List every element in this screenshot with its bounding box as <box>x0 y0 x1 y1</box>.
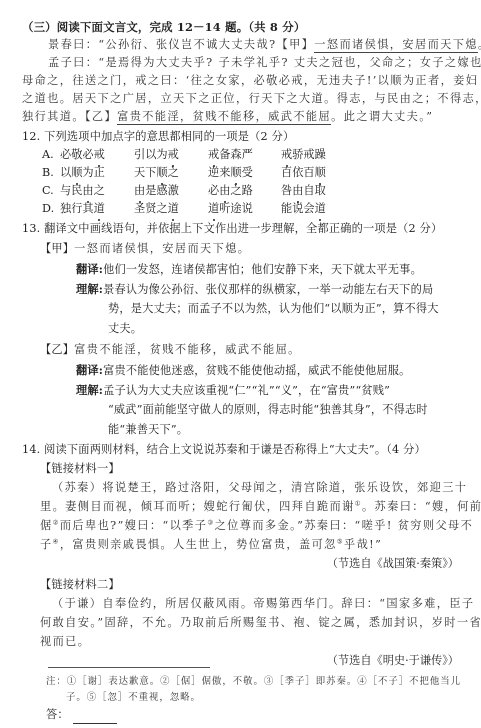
section-title: （三）阅读下面文言文，完成 12－14 题。（共 8 分） <box>22 18 305 36</box>
footnote-line: 注：①［谢］表达歉意。②［倨］倨傲，不敬。③［季子］即苏秦。④［不子］不把他当儿 <box>46 674 461 689</box>
footnote-mark: ⑤ <box>337 537 344 545</box>
jia-understand-cont: 丈夫。 <box>108 320 142 338</box>
option-c-item: 必由之路 <box>208 182 253 200</box>
footnote-mark: ② <box>53 518 60 526</box>
option-b-item: 天下顺之 <box>134 164 179 182</box>
jia-sentence: 一怒而诸侯惧，安居而天下熄。 <box>74 242 250 255</box>
option-c-item: 由是感激 <box>134 182 179 200</box>
option-a-item: 引以为戒 <box>134 146 179 164</box>
jia-tag: 【甲】 <box>40 242 74 255</box>
option-c-label: C. <box>42 182 54 200</box>
yi-understand-cont: “威武”面前能坚守做人的原则，得志时能“独善其身”，不得志时 <box>108 401 428 419</box>
translate-label: 翻译: <box>76 262 103 276</box>
option-c-item: 咎由自取 <box>281 182 326 200</box>
understand-label: 理解: <box>76 282 103 296</box>
option-d-label: D. <box>42 200 54 218</box>
jia-understand-cont: 势，是大丈夫；而孟子不以为然，认为他们“以顺为正”，算不得大 <box>108 300 439 318</box>
footnote-mark: ④ <box>53 537 60 545</box>
passage-text: 景春曰：“公孙衍、张仪岂不诚大丈夫哉?【甲】 <box>48 38 314 51</box>
translate-label: 翻译: <box>76 363 103 377</box>
question-13-stem: 13. 翻译文中画线语句，并依据上下文作出进一步理解，全都正确的一项是（2 分） <box>22 220 442 238</box>
option-b-item: 百依百顺 <box>281 164 326 182</box>
option-d-item: 圣贤之道 <box>134 200 179 218</box>
material-1-line: （苏秦）将说楚王，路过洛阳，父母闻之，清宫除道，张乐设饮，郊迎三十 <box>52 479 467 497</box>
option-d-item: 道听途说 <box>208 200 253 218</box>
footnote-divider <box>48 667 210 668</box>
yi-understand: 理解:孟子认为大丈夫应该重视“仁”“礼”“义”，在“富贵”“贫贱” <box>76 381 390 400</box>
option-a-item: 戒骄戒躁 <box>281 146 326 164</box>
option-d-item: 能说会道 <box>281 200 326 218</box>
option-a-label: A. <box>42 146 54 164</box>
passage-line: 孟子曰：“是焉得为大丈夫乎? 子未学礼乎? 丈夫之冠也，父命之；女子之嫁也， <box>48 54 481 72</box>
passage-line: 之道也。居天下之广居，立天下之正位，行天下之大道。得志，与民由之；不得志， <box>22 90 481 108</box>
answer-label: 答： <box>46 708 69 721</box>
option-a-item: 必敬必戒 <box>60 146 105 164</box>
answer-blank[interactable] <box>73 711 117 724</box>
exam-page: （三）阅读下面文言文，完成 12－14 题。（共 8 分） 景春曰：“公孙衍、张… <box>0 0 481 728</box>
passage-paragraph-1: 景春曰：“公孙衍、张仪岂不诚大丈夫哉?【甲】一怒而诸侯惧，安居而天下熄。” <box>48 36 481 54</box>
yi-label: 【乙】富贵不能淫，贫贱不能移，威武不能屈。 <box>40 341 301 359</box>
option-d-item: 独行其道 <box>60 200 105 218</box>
passage-line: 独行其道。【乙】富贵不能淫，贫贱不能移，威武不能屈。此之谓大丈夫。” <box>22 108 433 126</box>
material-2-line: （于谦）自奉俭约，所居仅蔽风雨。帝赐第西华门。辞曰：“国家多难，臣子 <box>52 595 475 613</box>
material-2-line: 视而已。 <box>40 633 90 651</box>
question-14-stem: 14. 阅读下面两则材料，结合上文说说苏秦和于谦是否称得上“大丈夫”。（4 分） <box>22 441 426 459</box>
material-2-title: 【链接材料二】 <box>40 576 120 594</box>
option-c-item: 与民由之 <box>60 182 105 200</box>
yi-translate: 翻译:富贵不能使他迷惑，贫贱不能使他动摇，威武不能使他屈服。 <box>76 361 411 380</box>
material-1-title: 【链接材料一】 <box>40 460 120 478</box>
yi-understand-cont: 能“兼善天下”。 <box>108 421 188 439</box>
question-12-stem: 12. 下列选项中加点字的意思都相同的一项是（2 分） <box>22 128 294 146</box>
passage-text: 独行其道。【乙】 <box>22 110 117 123</box>
footnote-mark: ③ <box>207 518 214 526</box>
option-b-item: 逆来顺受 <box>208 164 253 182</box>
material-1-line: 倨②而后卑也?”嫂曰：“以季子③之位尊而多金。”苏秦曰：“嗟乎! 贫穷则父母不 <box>40 517 473 535</box>
material-1-line: 里。妻侧目而视，倾耳而听；嫂蛇行匍伏，四拜自跪而谢①。苏秦曰：“嫂，何前 <box>40 498 481 516</box>
jia-label: 【甲】一怒而诸侯惧，安居而天下熄。 <box>40 240 250 258</box>
option-b-label: B. <box>42 164 54 182</box>
jia-translate: 翻译:他们一发怒，连诸侯都害怕；他们安静下来，天下就太平无事。 <box>76 260 422 279</box>
footnote-line: 子。⑤［忽］不重视，忽略。 <box>66 690 201 705</box>
material-1-line: 子④，富贵则亲戚畏惧。人生世上，势位富贵，盖可忽⑤乎哉!” <box>40 536 382 554</box>
passage-text: 。此之谓大丈夫。” <box>331 110 433 123</box>
material-2-source: （节选自《明史·于谦传》） <box>327 652 459 670</box>
material-2-line: 何敢自安。”固辞，不允。乃取前后所赐玺书、袍、锭之属，悉加封识，岁时一省 <box>40 614 481 632</box>
answer-area: 答： <box>46 706 117 724</box>
passage-line: 母命之，往送之门，戒之曰：‘往之女家，必敬必戒，无违夫子!’以顺为正者，妾妇 <box>22 72 478 90</box>
footnote-mark: ① <box>355 499 362 507</box>
option-a-item: 戒备森严 <box>208 146 253 164</box>
understand-label: 理解: <box>76 383 103 397</box>
underlined-sentence-jia: 一怒而诸侯惧，安居而天下熄 <box>314 38 478 53</box>
jia-understand: 理解:景春认为像公孙衍、张仪那样的纵横家，一举一动能左右天下的局 <box>76 280 433 299</box>
option-b-item: 以顺为正 <box>60 164 105 182</box>
yi-sentence: 富贵不能淫，贫贱不能移，威武不能屈。 <box>74 343 301 356</box>
material-1-source: （节选自《战国策·秦策》） <box>327 555 459 573</box>
underlined-sentence-yi: 富贵不能淫，贫贱不能移，威武不能屈 <box>117 110 331 125</box>
yi-tag: 【乙】 <box>40 343 74 356</box>
